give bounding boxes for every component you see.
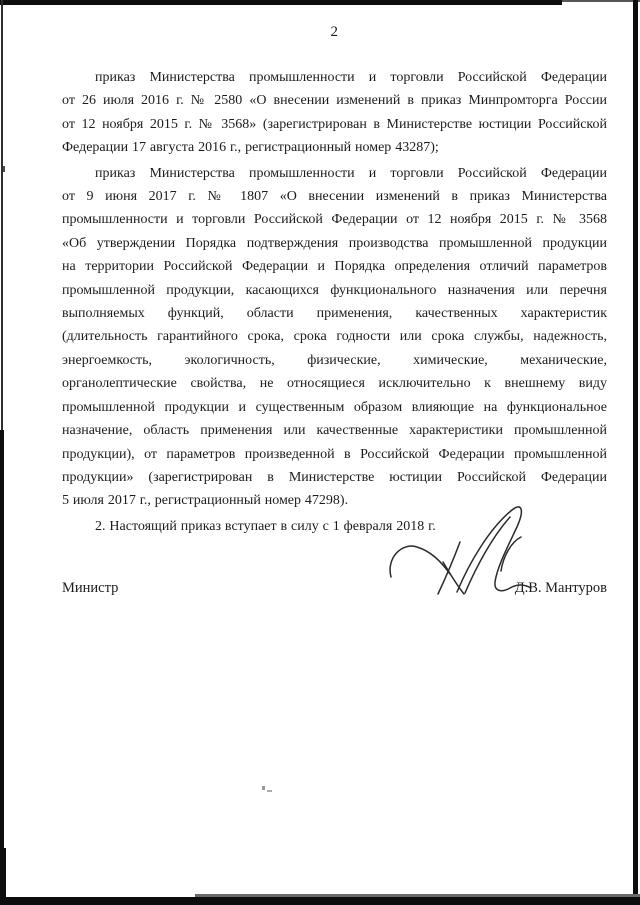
text-line: продукции» (зарегистрирован в Министерст… bbox=[62, 466, 607, 489]
scan-artifact-corner bbox=[0, 848, 6, 905]
text-line: промышленной продукции и существенным об… bbox=[62, 396, 607, 419]
text-line: назначение, область применения или качес… bbox=[62, 419, 607, 442]
text-line: (длительность гарантийного срока, срока … bbox=[62, 325, 607, 348]
text-line: продукции), от параметров произведенной … bbox=[62, 443, 607, 466]
text-line: Федерации 17 августа 2016 г., регистраци… bbox=[62, 136, 607, 159]
scan-speck bbox=[267, 790, 272, 792]
text-line: промышленности и торговли Российской Фед… bbox=[62, 208, 607, 231]
text-line: от 26 июля 2016 г. № 2580 «О внесении из… bbox=[62, 89, 607, 112]
scan-speck bbox=[3, 166, 5, 172]
text-line: на территории Российской Федерации и Пор… bbox=[62, 255, 607, 278]
scan-artifact-left-line bbox=[1, 0, 3, 430]
text-line: органолептические свойства, не относящие… bbox=[62, 372, 607, 395]
paragraph: приказ Министерства промышленности и тор… bbox=[62, 66, 607, 160]
signoff-row: Министр Д.В. Мантуров bbox=[62, 580, 607, 597]
scan-artifact-bottom-bar bbox=[0, 897, 640, 905]
page-number: 2 bbox=[62, 24, 607, 41]
scan-artifact-top-bar bbox=[0, 0, 562, 5]
text-line: от 12 ноября 2015 г. № 3568» (зарегистри… bbox=[62, 113, 607, 136]
scan-artifact-left-bar bbox=[0, 430, 4, 905]
scan-artifact-bottom-smear bbox=[195, 894, 640, 897]
paragraph: 2. Настоящий приказ вступает в силу с 1 … bbox=[62, 515, 607, 538]
text-line: 5 июля 2017 г., регистрационный номер 47… bbox=[62, 489, 607, 512]
text-line: приказ Министерства промышленности и тор… bbox=[62, 66, 607, 89]
text-line: «Об утверждении Порядка подтверждения пр… bbox=[62, 232, 607, 255]
text-line: промышленной продукции, касающихся функц… bbox=[62, 279, 607, 302]
text-line: 2. Настоящий приказ вступает в силу с 1 … bbox=[62, 515, 607, 538]
scan-artifact-right-bar bbox=[633, 0, 638, 905]
scan-artifact-top-line bbox=[562, 0, 640, 2]
signoff-title: Министр bbox=[62, 580, 118, 597]
text-line: энергоемкость, экологичность, физические… bbox=[62, 349, 607, 372]
document-body: приказ Министерства промышленности и тор… bbox=[62, 66, 607, 540]
text-line: приказ Министерства промышленности и тор… bbox=[62, 162, 607, 185]
text-line: выполняемых функций, области применения,… bbox=[62, 302, 607, 325]
paragraph: приказ Министерства промышленности и тор… bbox=[62, 162, 607, 513]
scan-speck bbox=[262, 786, 265, 790]
scanned-document-page: 2 приказ Министерства промышленности и т… bbox=[0, 0, 640, 905]
signoff-name: Д.В. Мантуров bbox=[515, 580, 607, 597]
text-line: от 9 июня 2017 г. № 1807 «О внесении изм… bbox=[62, 185, 607, 208]
